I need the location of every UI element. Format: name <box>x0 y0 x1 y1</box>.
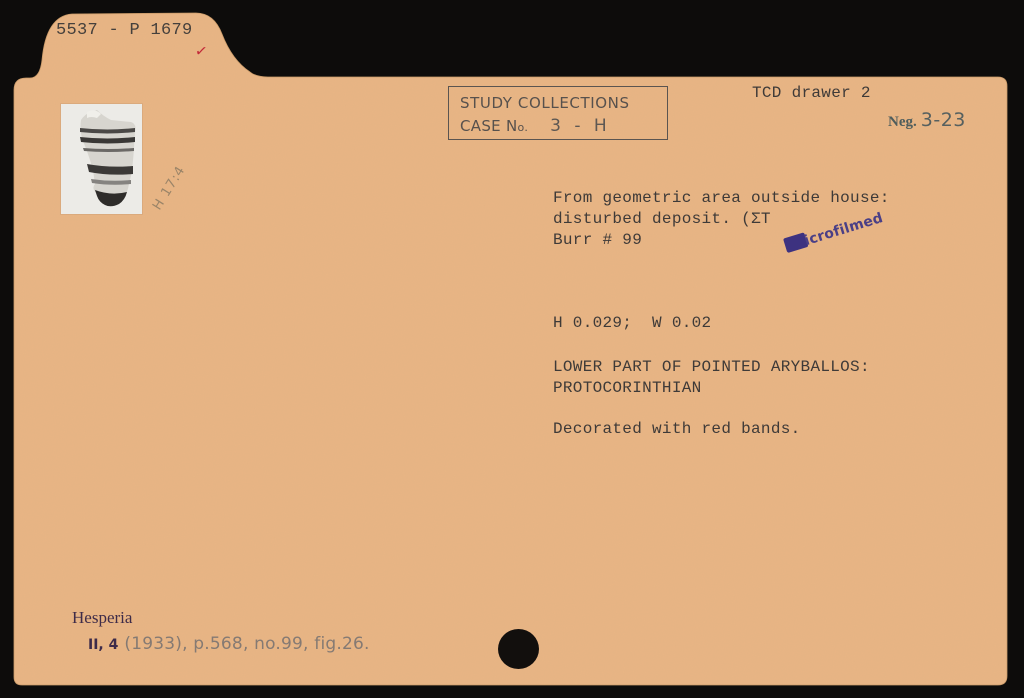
punch-hole <box>498 629 539 669</box>
reference-citation: (1933), p.568, no.99, fig.26. <box>124 634 369 654</box>
reference-volume: II, 4 <box>88 637 118 653</box>
case-label: CASE N <box>460 117 518 135</box>
catalog-number: 5537 - P 1679 <box>56 21 193 40</box>
drawer-location: TCD drawer 2 <box>752 84 871 102</box>
case-no-suffix: o. <box>518 121 529 134</box>
reference-journal: Hesperia <box>72 608 132 628</box>
stamp-case-line: CASE No.3 - H <box>460 116 611 136</box>
case-number: 3 - H <box>550 116 611 136</box>
neg-label: Neg. <box>888 114 917 130</box>
provenance-line-1: From geometric area outside house: <box>553 188 890 209</box>
pottery-fragment-photo <box>61 104 142 214</box>
check-mark-icon: ✓ <box>194 41 209 61</box>
object-title-line-1: LOWER PART OF POINTED ARYBALLOS: <box>553 357 870 378</box>
provenance-text: From geometric area outside house:distur… <box>553 188 890 251</box>
object-title: LOWER PART OF POINTED ARYBALLOS:PROTOCOR… <box>553 357 870 399</box>
aryballos-fragment-image <box>61 104 142 214</box>
object-description: Decorated with red bands. <box>553 420 801 438</box>
dimensions: H 0.029; W 0.02 <box>553 314 711 332</box>
catalog-card-scan: 5537 - P 1679 ✓ H 17:4 STUDY COLLECTIONS… <box>0 0 1024 698</box>
reference-citation-line: II, 4 (1933), p.568, no.99, fig.26. <box>88 634 370 654</box>
stamp-title: STUDY COLLECTIONS <box>460 94 630 112</box>
neg-value: 3-23 <box>921 109 966 131</box>
object-title-line-2: PROTOCORINTHIAN <box>553 378 870 399</box>
study-collections-stamp: STUDY COLLECTIONS CASE No.3 - H <box>448 86 668 140</box>
negative-number: Neg.3-23 <box>888 109 966 131</box>
